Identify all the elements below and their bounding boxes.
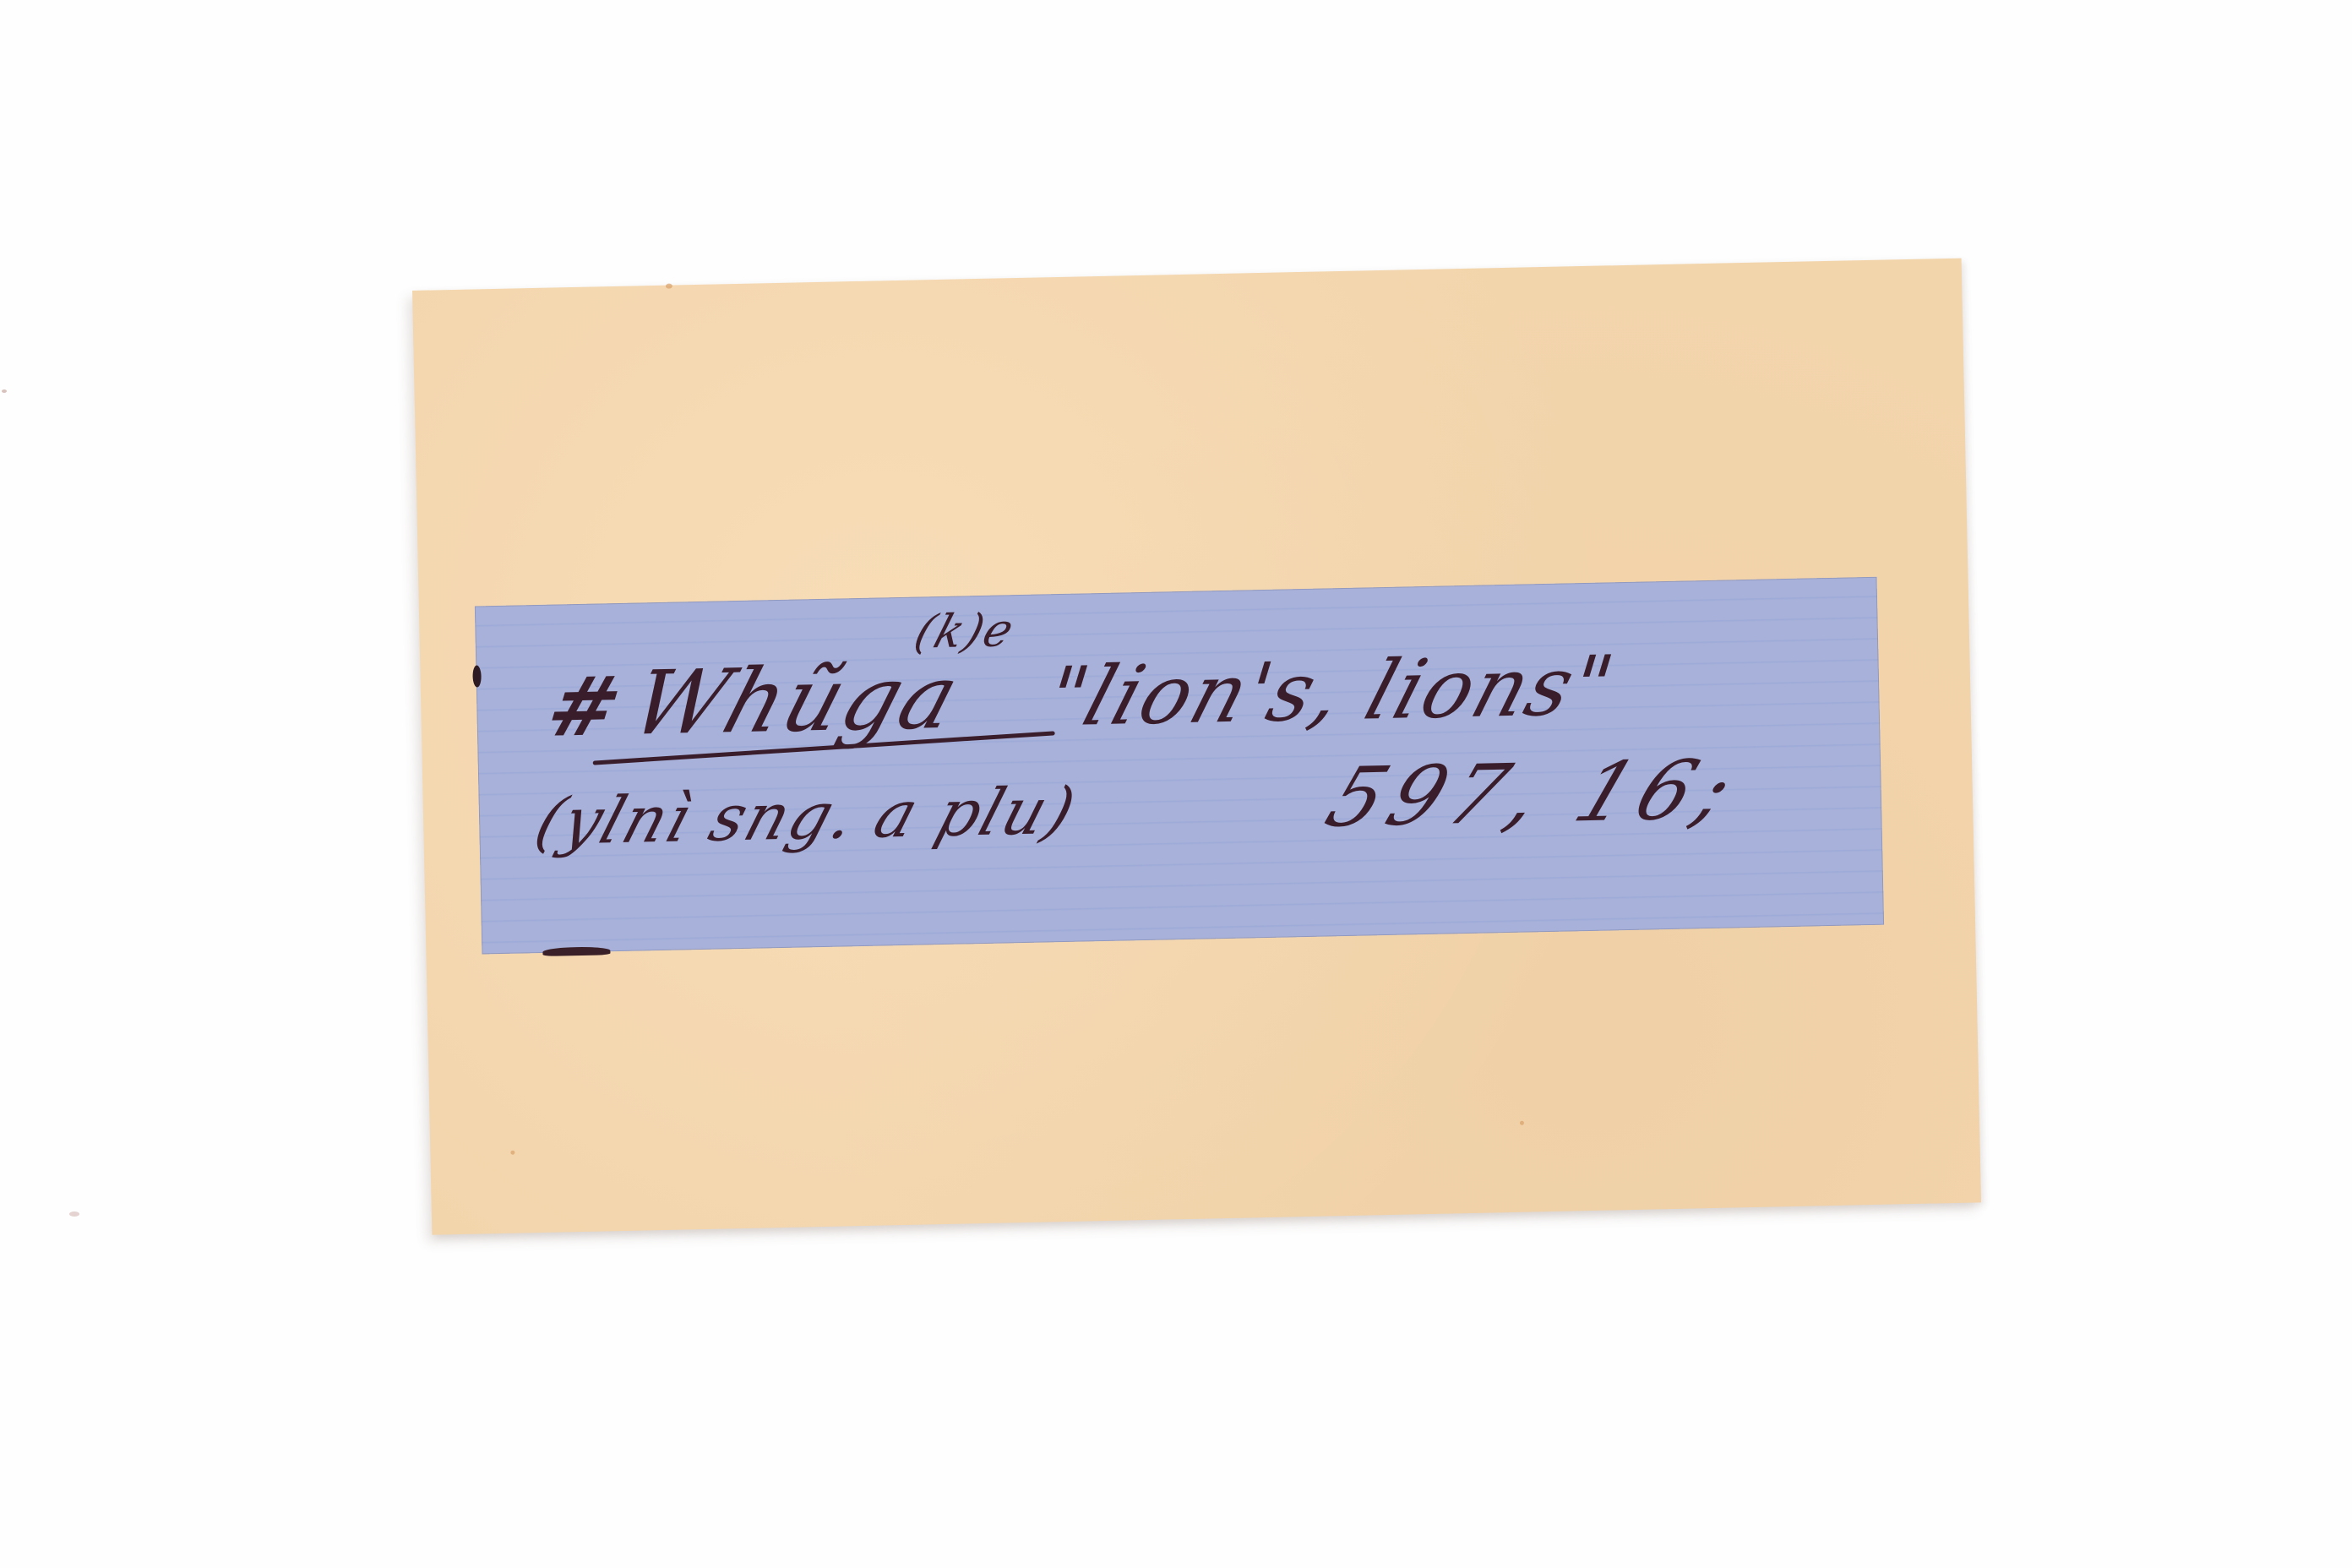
background-speck: [69, 1211, 79, 1217]
card-stain: [1520, 1121, 1524, 1125]
card-stain: [666, 284, 672, 289]
ink-smear: [542, 946, 610, 956]
entry-marker: #: [536, 658, 634, 755]
gloss: "lion's, lions": [1034, 638, 1625, 745]
headword: Whũga(k)e: [620, 645, 972, 755]
blue-paper-slip: #Whũga(k)e"lion's, lions" (ylnì sng. a p…: [475, 577, 1884, 955]
buff-card: #Whũga(k)e"lion's, lions" (ylnì sng. a p…: [412, 259, 1981, 1235]
headword-text: Whũga: [620, 645, 972, 755]
entry-line-2: (ylnì sng. a plu): [527, 772, 1086, 859]
background-speck: [2, 389, 7, 393]
headword-superscript: (k)e: [908, 603, 1021, 659]
entry-line-1: #Whũga(k)e"lion's, lions": [536, 631, 1628, 757]
card-stain: [510, 1151, 514, 1155]
grammar-note: (ylnì sng. a plu): [527, 772, 1086, 859]
ink-blot: [472, 665, 482, 687]
page-reference: 597, 16;: [1314, 742, 1755, 846]
